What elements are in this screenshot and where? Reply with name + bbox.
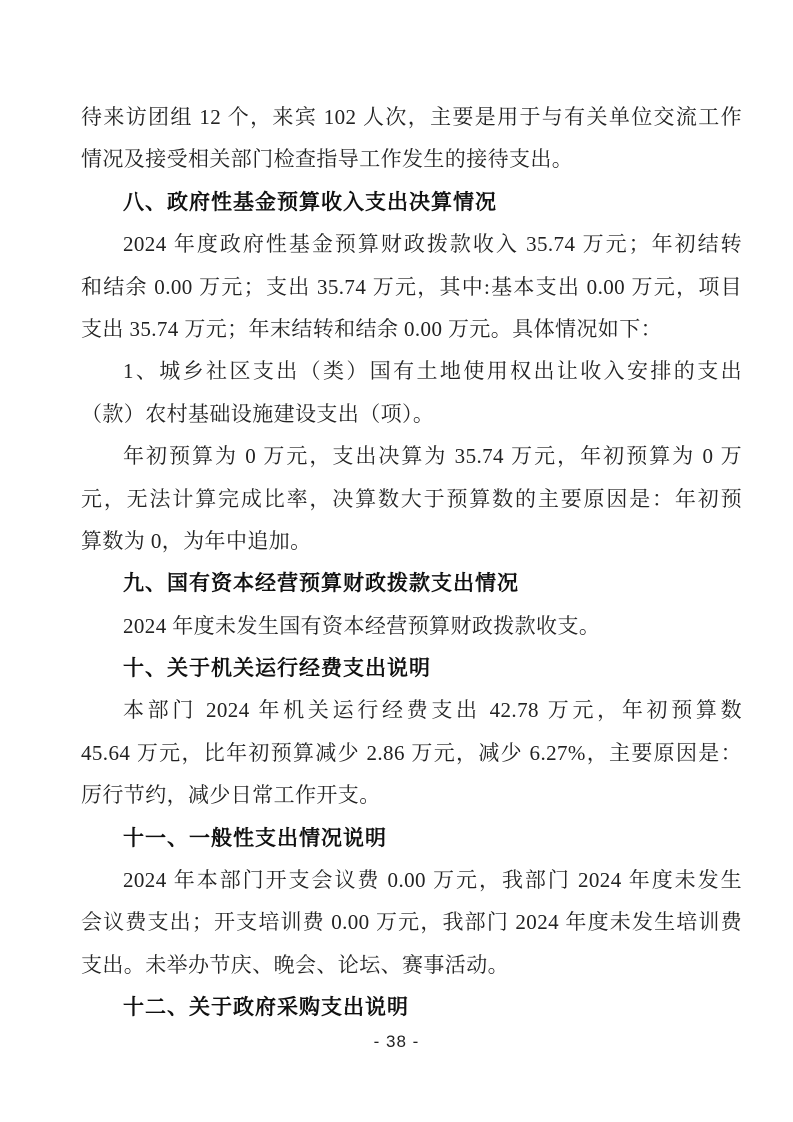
heading-govfund-budget: 八、政府性基金预算收入支出决算情况 — [81, 181, 742, 223]
body-text-line: 和结余 0.00 万元；支出 35.74 万元，其中:基本支出 0.00 万元，… — [81, 266, 742, 308]
body-text-line: 2024 年本部门开支会议费 0.00 万元，我部门 2024 年度未发生 — [81, 859, 742, 901]
page-number: - 38 - — [0, 1032, 793, 1052]
heading-state-capital-budget: 九、国有资本经营预算财政拨款支出情况 — [81, 562, 742, 604]
body-text-line: 会议费支出；开支培训费 0.00 万元，我部门 2024 年度未发生培训费 — [81, 901, 742, 943]
body-text-line: 支出 35.74 万元；年末结转和结余 0.00 万元。具体情况如下： — [81, 308, 742, 350]
body-text-line: 45.64 万元，比年初预算减少 2.86 万元，减少 6.27%，主要原因是： — [81, 732, 742, 774]
heading-government-procurement: 十二、关于政府采购支出说明 — [81, 986, 742, 1028]
document-body: 待来访团组 12 个，来宾 102 人次，主要是用于与有关单位交流工作 情况及接… — [81, 96, 742, 1029]
body-text-line: 2024 年度未发生国有资本经营预算财政拨款收支。 — [81, 605, 742, 647]
body-text-line: 算数为 0，为年中追加。 — [81, 520, 742, 562]
body-text-line: 情况及接受相关部门检查指导工作发生的接待支出。 — [81, 138, 742, 180]
body-text-line: 2024 年度政府性基金预算财政拨款收入 35.74 万元；年初结转 — [81, 223, 742, 265]
heading-operating-expense: 十、关于机关运行经费支出说明 — [81, 647, 742, 689]
body-text-line: （款）农村基础设施建设支出（项）。 — [81, 393, 742, 435]
body-text-line: 年初预算为 0 万元，支出决算为 35.74 万元，年初预算为 0 万 — [81, 435, 742, 477]
body-text-line: 待来访团组 12 个，来宾 102 人次，主要是用于与有关单位交流工作 — [81, 96, 742, 138]
document-page: 待来访团组 12 个，来宾 102 人次，主要是用于与有关单位交流工作 情况及接… — [0, 0, 793, 1122]
heading-general-expense: 十一、一般性支出情况说明 — [81, 817, 742, 859]
body-text-line: 本部门 2024 年机关运行经费支出 42.78 万元，年初预算数 — [81, 689, 742, 731]
body-text-line: 元，无法计算完成比率，决算数大于预算数的主要原因是：年初预 — [81, 478, 742, 520]
body-text-line: 1、城乡社区支出（类）国有土地使用权出让收入安排的支出 — [81, 350, 742, 392]
body-text-line: 支出。未举办节庆、晚会、论坛、赛事活动。 — [81, 944, 742, 986]
body-text-line: 厉行节约，减少日常工作开支。 — [81, 774, 742, 816]
